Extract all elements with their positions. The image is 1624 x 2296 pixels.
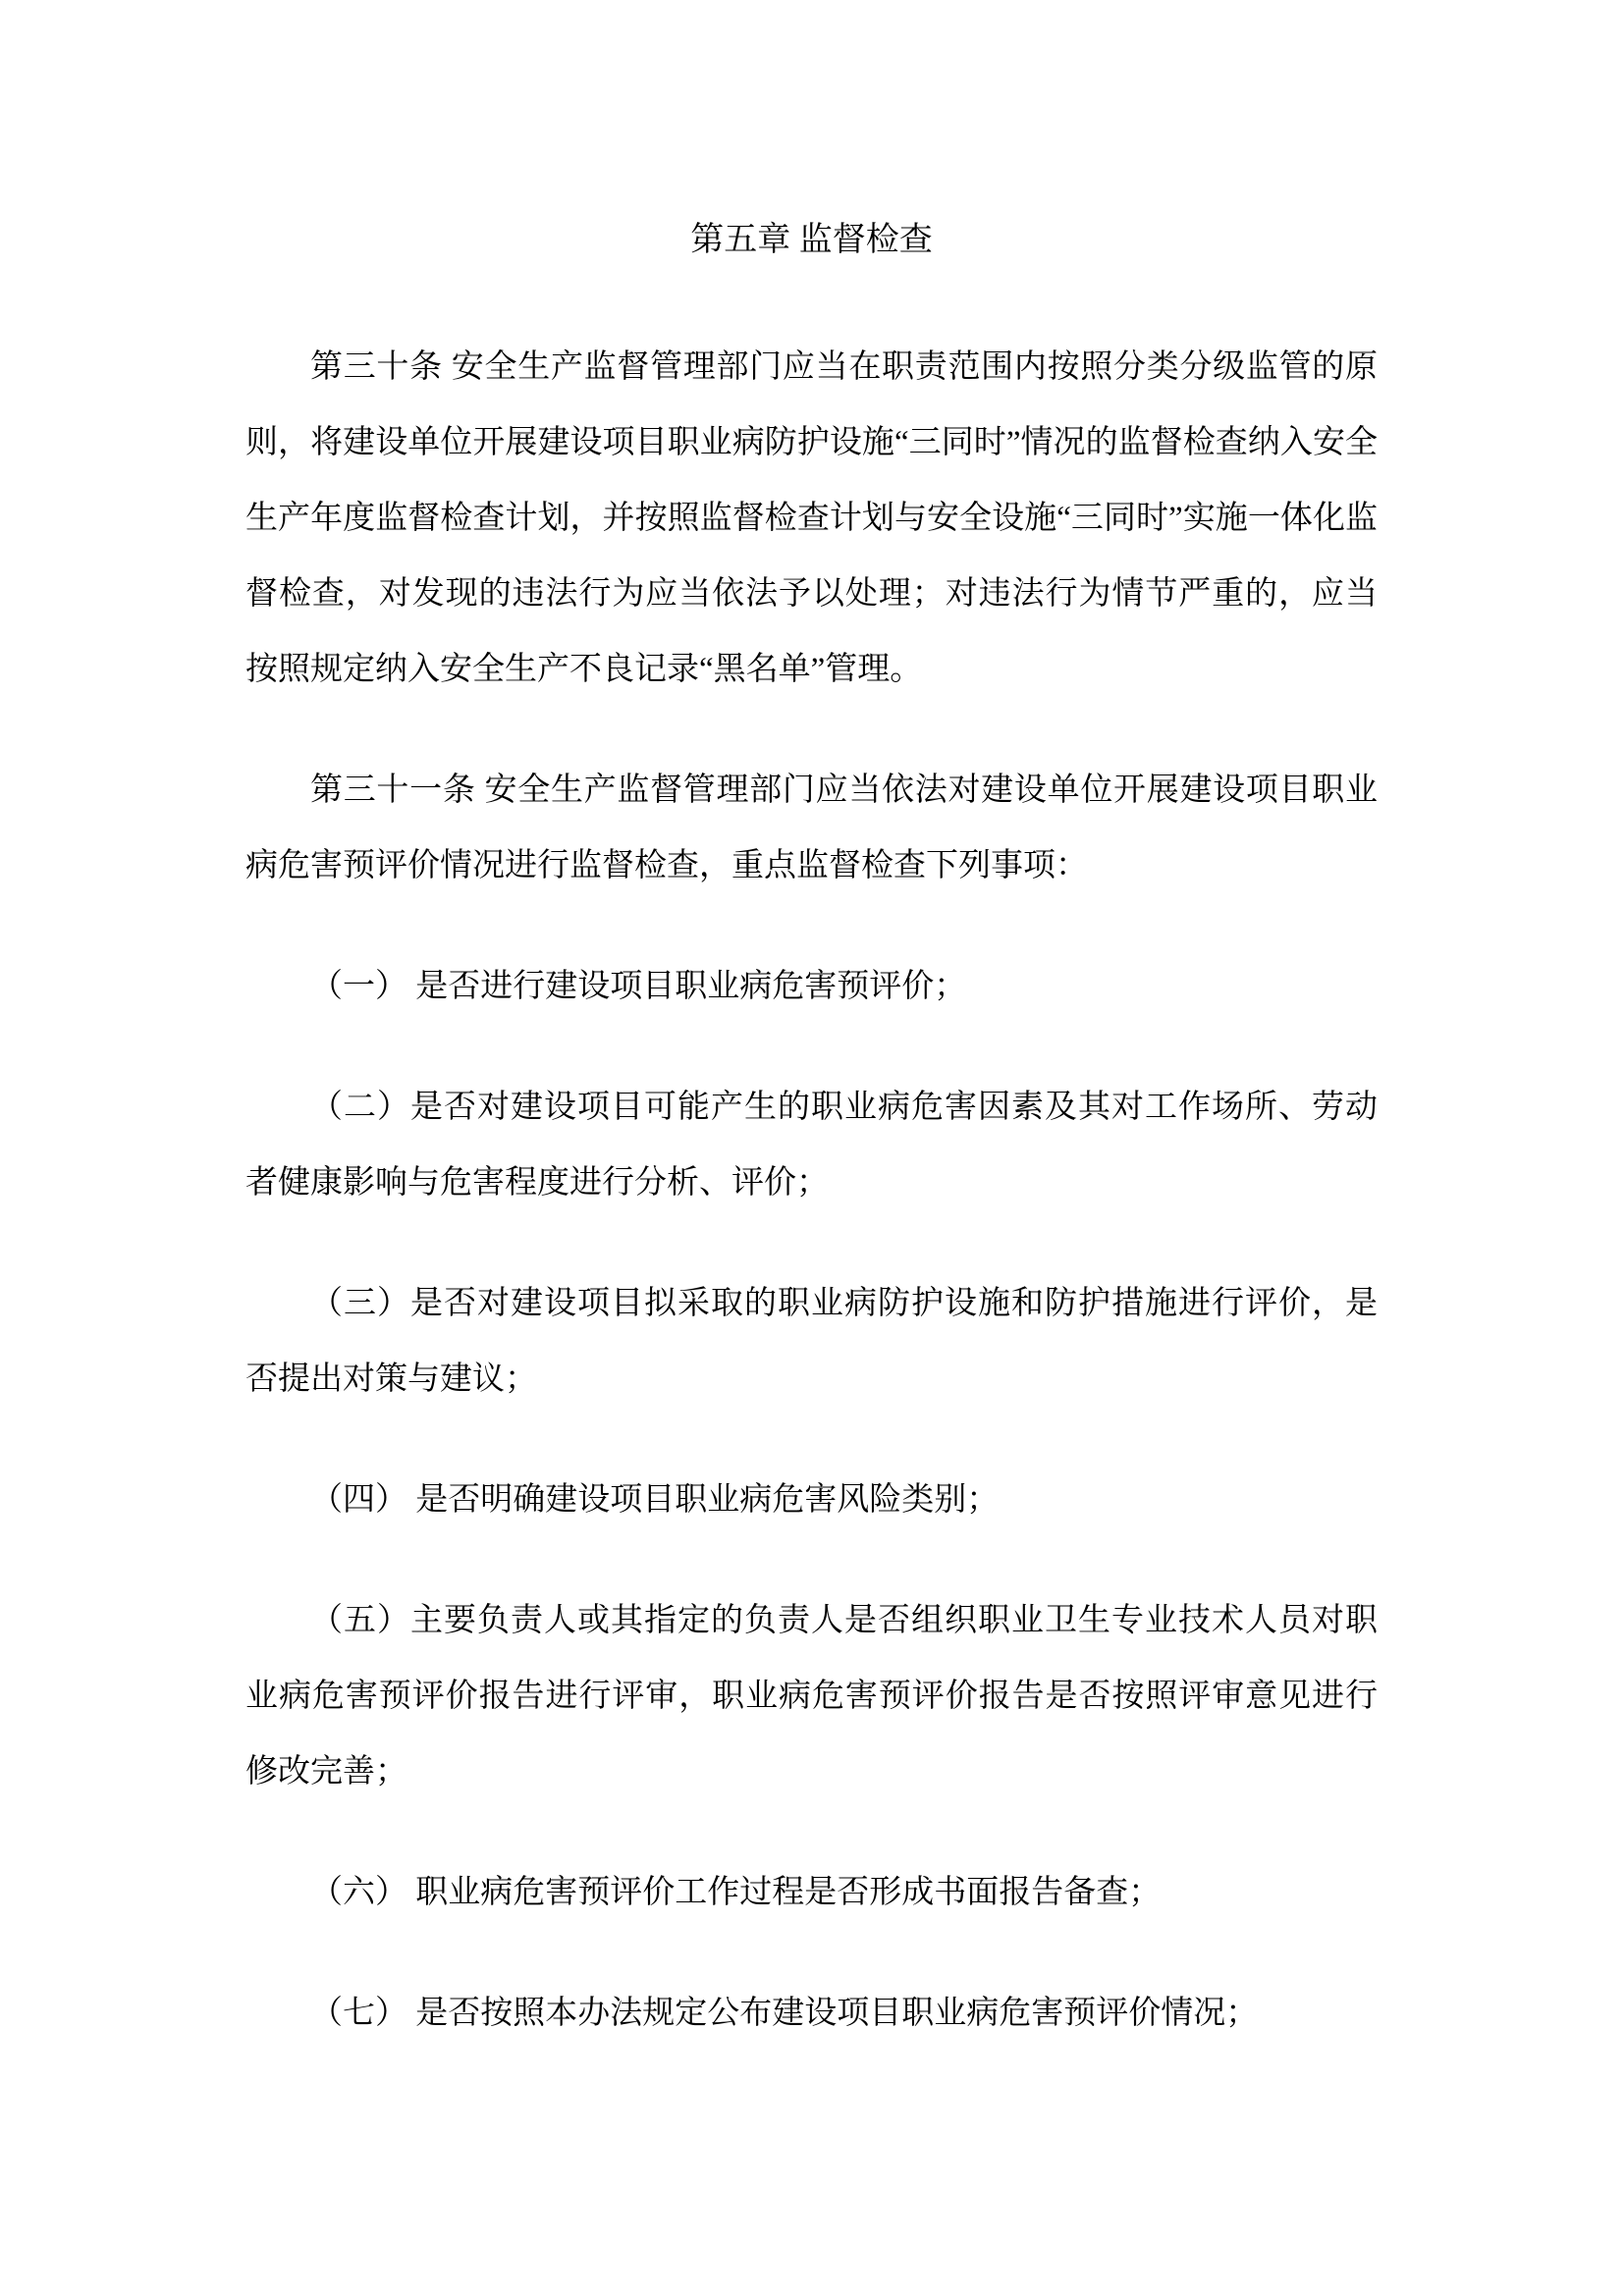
paragraph-item-6: （六） 职业病危害预评价工作过程是否形成书面报告备查；	[245, 1855, 1378, 1931]
paragraph-item-1: （一） 是否进行建设项目职业病危害预评价；	[245, 949, 1378, 1025]
document-page: 第五章 监督检查 第三十条 安全生产监督管理部门应当在职责范围内按照分类分级监管…	[0, 0, 1624, 2296]
paragraph-item-2: （二）是否对建设项目可能产生的职业病危害因素及其对工作场所、劳动者健康影响与危害…	[245, 1070, 1378, 1221]
chapter-title: 第五章 监督检查	[245, 202, 1378, 278]
paragraph-item-4: （四） 是否明确建设项目职业病危害风险类别；	[245, 1463, 1378, 1538]
paragraph-article-31-intro: 第三十一条 安全生产监督管理部门应当依法对建设单位开展建设项目职业病危害预评价情…	[245, 753, 1378, 904]
paragraph-item-7: （七） 是否按照本办法规定公布建设项目职业病危害预评价情况；	[245, 1976, 1378, 2052]
paragraph-item-3: （三）是否对建设项目拟采取的职业病防护设施和防护措施进行评价，是否提出对策与建议…	[245, 1266, 1378, 1417]
paragraph-article-30: 第三十条 安全生产监督管理部门应当在职责范围内按照分类分级监管的原则，将建设单位…	[245, 330, 1378, 708]
paragraph-item-5: （五）主要负责人或其指定的负责人是否组织职业卫生专业技术人员对职业病危害预评价报…	[245, 1583, 1378, 1810]
